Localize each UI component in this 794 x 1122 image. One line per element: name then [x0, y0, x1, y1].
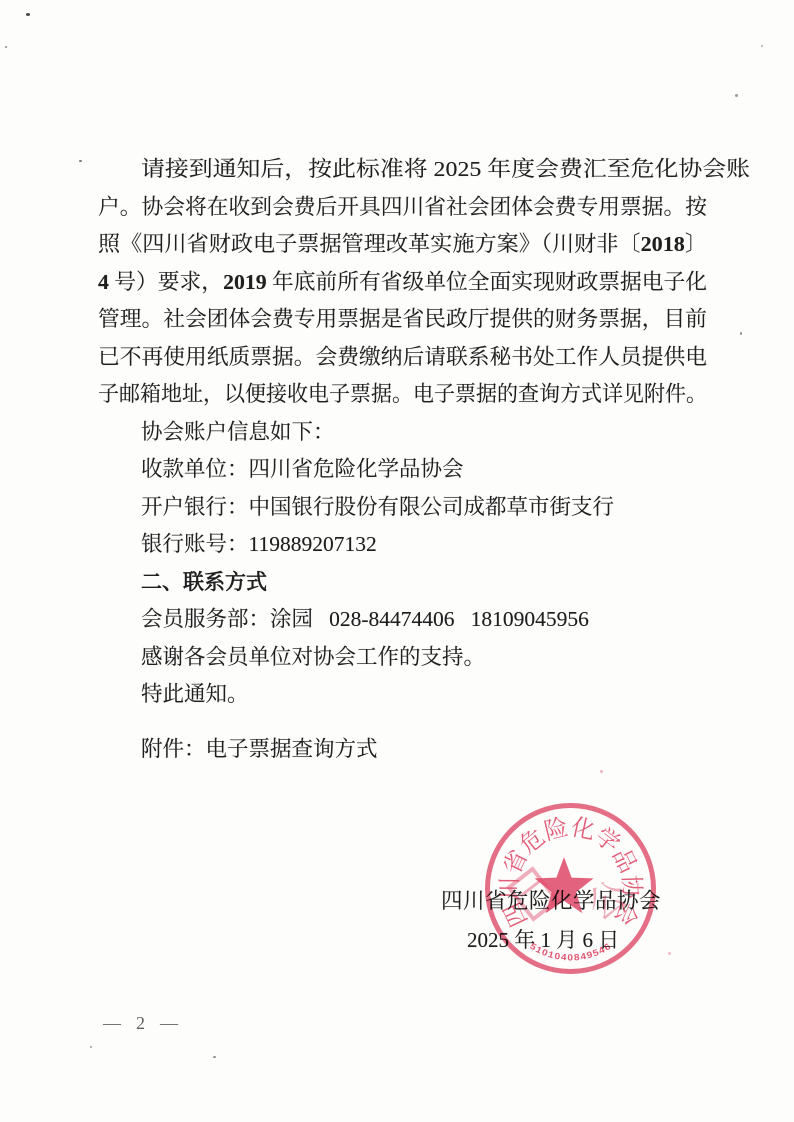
- account-payee-line: 收款单位：四川省危险化学品协会: [98, 454, 750, 485]
- body-line-2-text: 户。协会将在收到会费后开具四川省社会团体会费专用票据。按: [98, 192, 707, 223]
- body-line-4-text: 4 号）要求，2019 年底前所有省级单位全面实现财政票据电子化: [98, 267, 707, 298]
- body-line-6: 已不再使用纸质票据。会费缴纳后请联系秘书处工作人员提供电: [98, 342, 707, 373]
- scan-speck: [90, 1046, 92, 1048]
- text-run: 照《四川省财政电子票据管理改革实施方案》（川财非〔: [98, 232, 641, 256]
- text-run: 〕: [685, 232, 707, 256]
- closing-line: 特此通知。: [98, 679, 750, 710]
- scan-speck: [761, 45, 763, 47]
- attachment-line: 附件：电子票据查询方式: [98, 734, 750, 765]
- official-seal: 四川省危险化学品协会 5101040849546 公: [482, 800, 659, 977]
- body-line-5-text: 管理。社会团体会费专用票据是省民政厅提供的财务票据，目前: [98, 304, 707, 335]
- text-run: 号）要求，: [109, 270, 223, 294]
- body-line-5: 管理。社会团体会费专用票据是省民政厅提供的财务票据，目前: [98, 304, 707, 335]
- body-line-6-text: 已不再使用纸质票据。会费缴纳后请联系秘书处工作人员提供电: [98, 342, 707, 373]
- account-number-line: 银行账号：119889207132: [98, 529, 750, 560]
- scan-speck: [740, 332, 742, 335]
- body-line-2: 户。协会将在收到会费后开具四川省社会团体会费专用票据。按: [98, 192, 707, 223]
- thanks-line: 感谢各会员单位对协会工作的支持。: [98, 642, 750, 673]
- contact-line: 会员服务部：涂园 028-84474406 18109045956: [98, 604, 750, 635]
- body-line-3-text: 照《四川省财政电子票据管理改革实施方案》（川财非〔2018〕: [98, 229, 707, 260]
- account-intro-line: 协会账户信息如下：: [98, 417, 750, 448]
- page-number: — 2 —: [103, 1013, 180, 1034]
- year-2019: 2019: [223, 270, 266, 294]
- scan-speck: [668, 952, 671, 955]
- body-line-7-text: 子邮箱地址，以便接收电子票据。电子票据的查询方式详见附件。: [98, 379, 707, 410]
- doc-number-year: 2018: [641, 232, 685, 256]
- text-run: 年底前所有省级单位全面实现财政票据电子化: [267, 270, 707, 294]
- scan-speck: [5, 46, 7, 48]
- body-line-1: 请接到通知后，按此标准将 2025 年度会费汇至危化协会账: [98, 154, 750, 185]
- scan-speck: [79, 160, 82, 162]
- scan-speck: [26, 13, 30, 16]
- body-line-4: 4 号）要求，2019 年底前所有省级单位全面实现财政票据电子化: [98, 267, 707, 298]
- scan-speck: [600, 770, 603, 773]
- seal-code: 5101040849546: [528, 941, 613, 963]
- scan-speck: [735, 94, 738, 97]
- body-line-1-text: 请接到通知后，按此标准将 2025 年度会费汇至危化协会账: [141, 154, 750, 185]
- section2-heading: 二、联系方式: [98, 567, 750, 598]
- scanned-notice-page: 请接到通知后，按此标准将 2025 年度会费汇至危化协会账 户。协会将在收到会费…: [0, 0, 794, 1122]
- scan-speck: [213, 1056, 216, 1058]
- body-line-3: 照《四川省财政电子票据管理改革实施方案》（川财非〔2018〕: [98, 229, 707, 260]
- doc-number-no: 4: [98, 270, 109, 294]
- account-bank-line: 开户银行：中国银行股份有限公司成都草市街支行: [98, 492, 750, 523]
- body-line-7: 子邮箱地址，以便接收电子票据。电子票据的查询方式详见附件。: [98, 379, 707, 410]
